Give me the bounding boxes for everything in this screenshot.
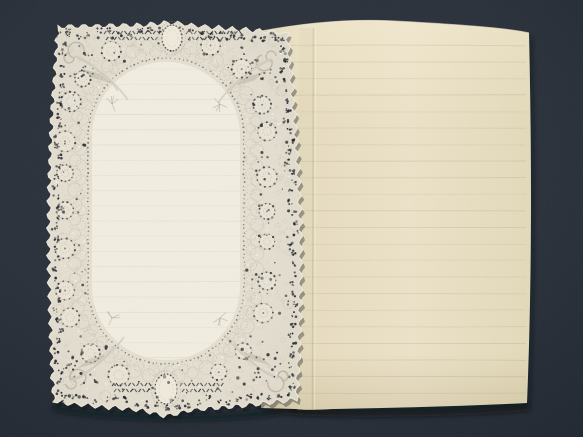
stationery-photo xyxy=(0,0,583,437)
photo-grain xyxy=(0,0,583,437)
scene-canvas xyxy=(0,0,583,437)
